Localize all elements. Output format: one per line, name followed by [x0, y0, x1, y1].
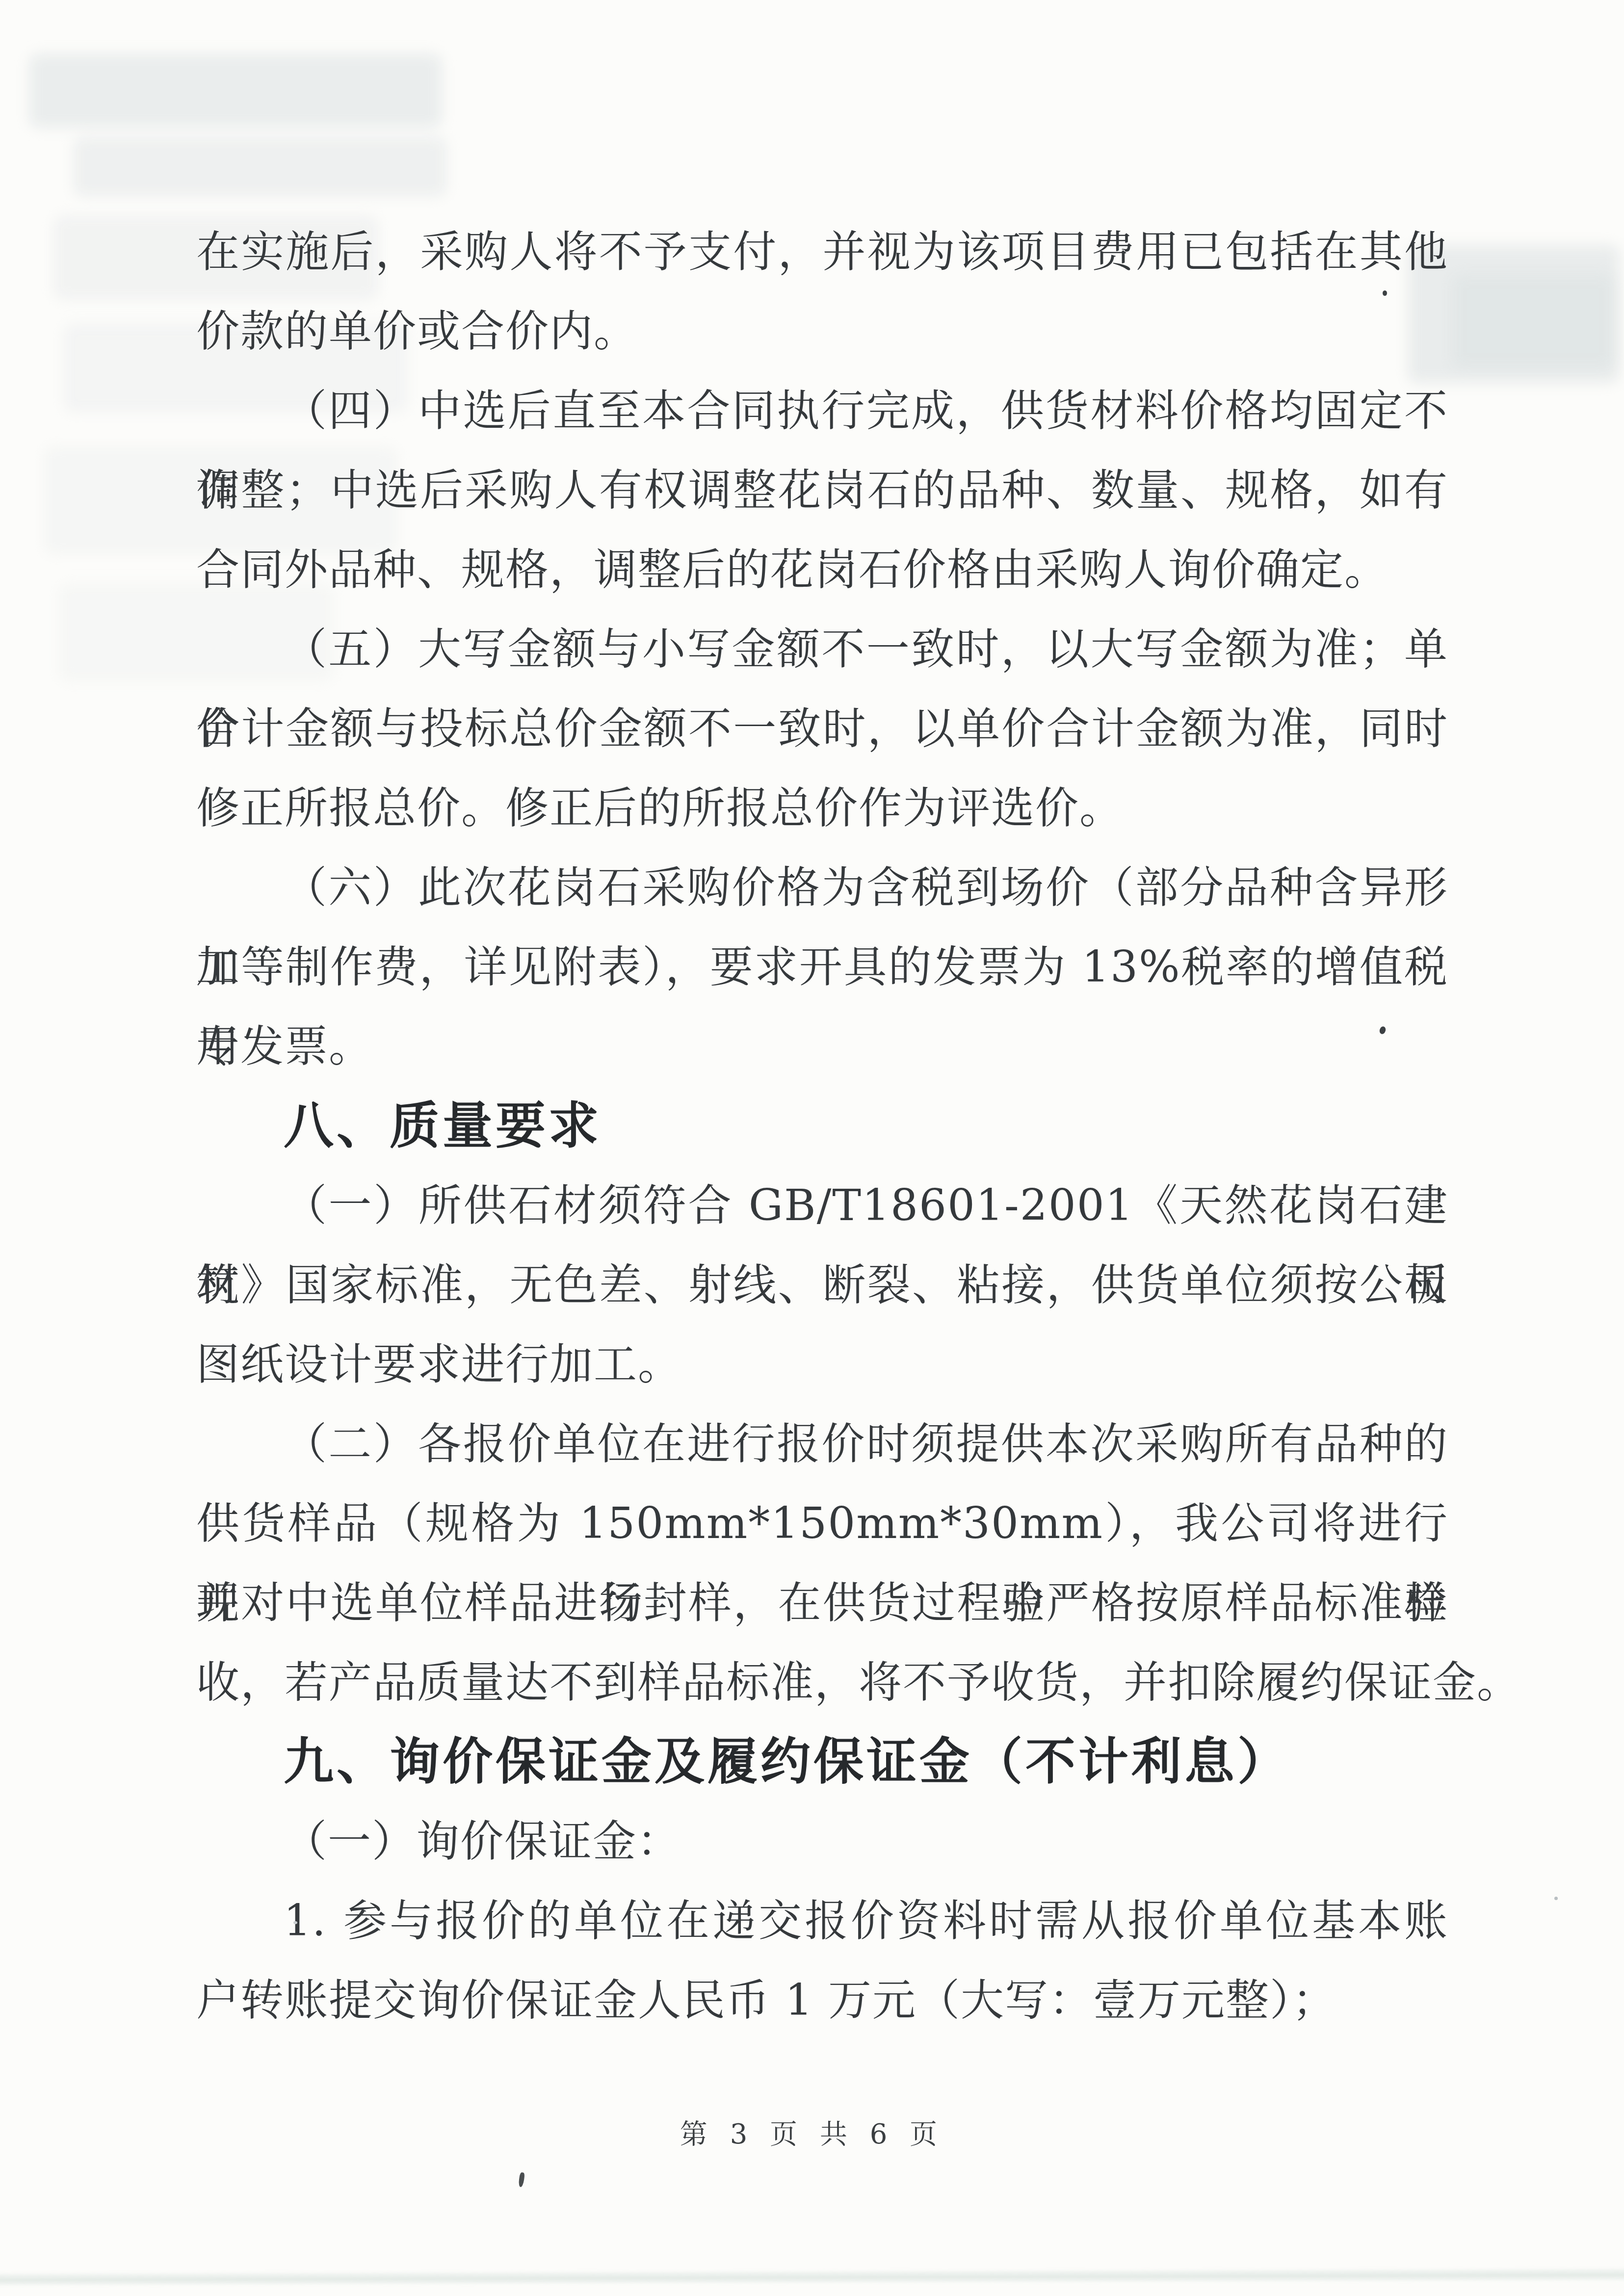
section-heading: 九、询价保证金及履约保证金（不计利息）	[196, 1722, 1448, 1801]
scan-edge-band	[0, 2268, 1624, 2286]
bleed-through-artifact	[1452, 275, 1614, 368]
scanned-document-page: 在实施后，采购人将不予支付，并视为该项目费用已包括在其他价款的单价或合价内。（四…	[0, 0, 1624, 2296]
bleed-through-artifact	[29, 54, 442, 128]
scan-speck	[518, 2172, 525, 2187]
text-column: 在实施后，采购人将不予支付，并视为该项目费用已包括在其他价款的单价或合价内。（四…	[196, 212, 1448, 2040]
scan-speck	[1554, 1897, 1558, 1900]
text-line: 工等制作费，详见附表），要求开具的发票为 13%税率的增值税专	[196, 927, 1448, 1007]
text-line: 价款的单价或合价内。	[196, 291, 1448, 371]
text-line: 材》国家标准，无色差、射线、断裂、粘接，供货单位须按公司	[196, 1245, 1448, 1325]
text-line: 收，若产品质量达不到样品标准，将不予收货，并扣除履约保证金。	[196, 1643, 1448, 1722]
text-line: 用发票。	[196, 1007, 1448, 1086]
section-heading: 八、质量要求	[196, 1086, 1448, 1166]
text-line: 1. 参与报价的单位在递交报价资料时需从报价单位基本账	[196, 1881, 1448, 1960]
text-line: 在实施后，采购人将不予支付，并视为该项目费用已包括在其他	[196, 212, 1448, 291]
text-line: 修正所报总价。修正后的所报总价作为评选价。	[196, 768, 1448, 848]
text-line: （六）此次花岗石采购价格为含税到场价（部分品种含异形加	[196, 848, 1448, 927]
page-number-footer: 第 3 页 共 6 页	[0, 2113, 1624, 2152]
text-line: （五）大写金额与小写金额不一致时，以大写金额为准；单价	[196, 609, 1448, 689]
text-line: 调整；中选后采购人有权调整花岗石的品种、数量、规格，如有	[196, 450, 1448, 530]
bleed-through-artifact	[74, 137, 446, 196]
text-line: 并对中选单位样品进行封样，在供货过程中严格按原样品标准验	[196, 1563, 1448, 1643]
text-line: 户转账提交询价保证金人民币 1 万元（大写：壹万元整）；	[196, 1960, 1448, 2040]
text-line: 供货样品（规格为 150mm*150mm*30mm），我公司将进行现场验样	[196, 1484, 1448, 1563]
text-line: 合同外品种、规格，调整后的花岗石价格由采购人询价确定。	[196, 530, 1448, 609]
text-line: （四）中选后直至本合同执行完成，供货材料价格均固定不作	[196, 371, 1448, 450]
text-line: （一）询价保证金：	[196, 1801, 1448, 1881]
text-line: 合计金额与投标总价金额不一致时，以单价合计金额为准，同时	[196, 689, 1448, 768]
text-line: （二）各报价单位在进行报价时须提供本次采购所有品种的	[196, 1404, 1448, 1484]
text-line: （一）所供石材须符合 GB/T18601-2001《天然花岗石建筑板	[196, 1166, 1448, 1245]
text-line: 图纸设计要求进行加工。	[196, 1325, 1448, 1404]
